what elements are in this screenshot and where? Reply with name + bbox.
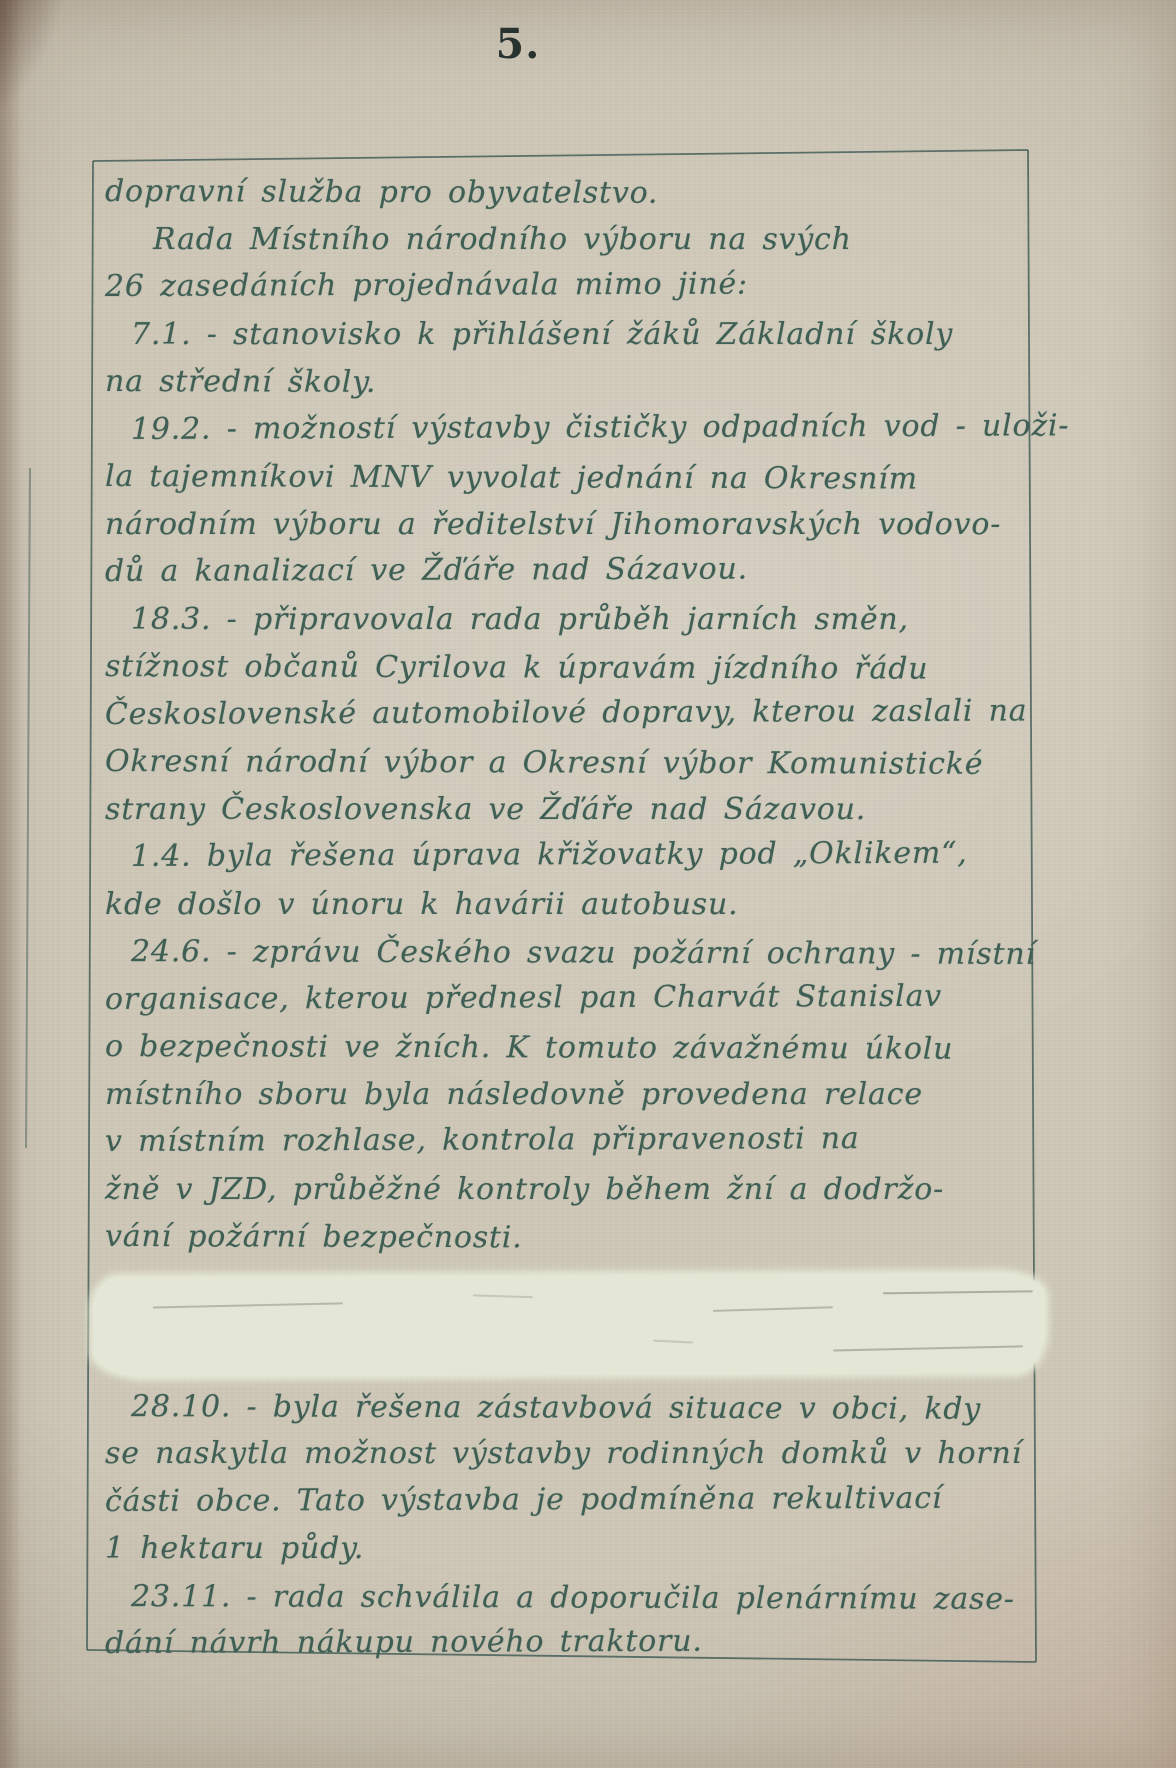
handwritten-line: 28.10. - byla řešena zástavbová situace … <box>105 1383 1040 1433</box>
erasure-stroke <box>473 1294 533 1298</box>
handwritten-line: dopravní služba pro obyvatelstvo. <box>105 168 1040 218</box>
handwritten-line: stížnost občanů Cyrilova k úpravám jízdn… <box>105 643 1040 693</box>
handwritten-line: 19.2. - možností výstavby čističky odpad… <box>105 402 1040 453</box>
handwritten-line: v místním rozhlase, kontrola připravenos… <box>105 1114 1040 1165</box>
handwritten-line: Československé automobilové dopravy, kte… <box>105 687 1040 738</box>
handwritten-line: se naskytla možnost výstavby rodinných d… <box>105 1430 1040 1478</box>
handwritten-line: na střední školy. <box>105 358 1040 408</box>
frame-top-line <box>93 150 1028 161</box>
handwritten-line: 1.4. byla řešena úprava křižovatky pod „… <box>105 829 1040 880</box>
erased-text-band <box>93 1272 1045 1376</box>
erasure-stroke <box>883 1290 1033 1294</box>
handwritten-line: Okresní národní výbor a Okresní výbor Ko… <box>105 738 1040 788</box>
handwritten-line: 18.3. - připravovala rada průběh jarních… <box>105 596 1040 644</box>
handwritten-line: dů a kanalizací ve Žďáře nad Sázavou. <box>105 544 1040 595</box>
handwritten-line: kde došlo v únoru k havárii autobusu. <box>105 881 1040 929</box>
handwritten-line: části obce. Tato výstavba je podmíněna r… <box>105 1474 1040 1525</box>
handwritten-line: 23.11. - rada schválila a doporučila ple… <box>105 1573 1040 1623</box>
handwritten-line: 1 hektaru půdy. <box>105 1525 1040 1573</box>
erasure-stroke <box>153 1302 343 1308</box>
handwritten-line: organisace, kterou přednesl pan Charvát … <box>105 972 1040 1023</box>
handwritten-line: žně v JZD, průběžné kontroly během žní a… <box>105 1166 1040 1214</box>
margin-line <box>26 468 30 1148</box>
handwritten-line: strany Československa ve Žďáře nad Sázav… <box>105 786 1040 834</box>
page-number: 5. <box>478 20 558 68</box>
handwritten-line: Rada Místního národního výboru na svých <box>105 216 1040 264</box>
handwritten-line: o bezpečnosti ve žních. K tomuto závažné… <box>105 1023 1040 1073</box>
handwritten-line: národním výboru a ředitelství Jihomoravs… <box>105 501 1040 549</box>
handwritten-line: la tajemníkovi MNV vyvolat jednání na Ok… <box>105 453 1040 503</box>
notebook-page: 5. dopravní služba pro obyvatelstvo.Rada… <box>0 0 1176 1768</box>
erasure-stroke <box>653 1339 693 1343</box>
handwritten-text-block: dopravní služba pro obyvatelstvo.Rada Mí… <box>105 168 1040 1668</box>
handwritten-line: místního sboru byla následovně provedena… <box>105 1071 1040 1119</box>
erasure-stroke <box>833 1345 1023 1351</box>
handwritten-line: 24.6. - zprávu Českého svazu požární och… <box>105 928 1040 978</box>
handwritten-line: dání návrh nákupu nového traktoru. <box>105 1616 1040 1667</box>
handwritten-line: 26 zasedáních projednávala mimo jiné: <box>105 259 1040 310</box>
frame-left-line <box>87 161 93 1650</box>
erasure-stroke <box>713 1306 833 1312</box>
handwritten-line: 7.1. - stanovisko k přihlášení žáků Zákl… <box>105 311 1040 359</box>
handwritten-line: vání požární bezpečnosti. <box>105 1213 1040 1263</box>
